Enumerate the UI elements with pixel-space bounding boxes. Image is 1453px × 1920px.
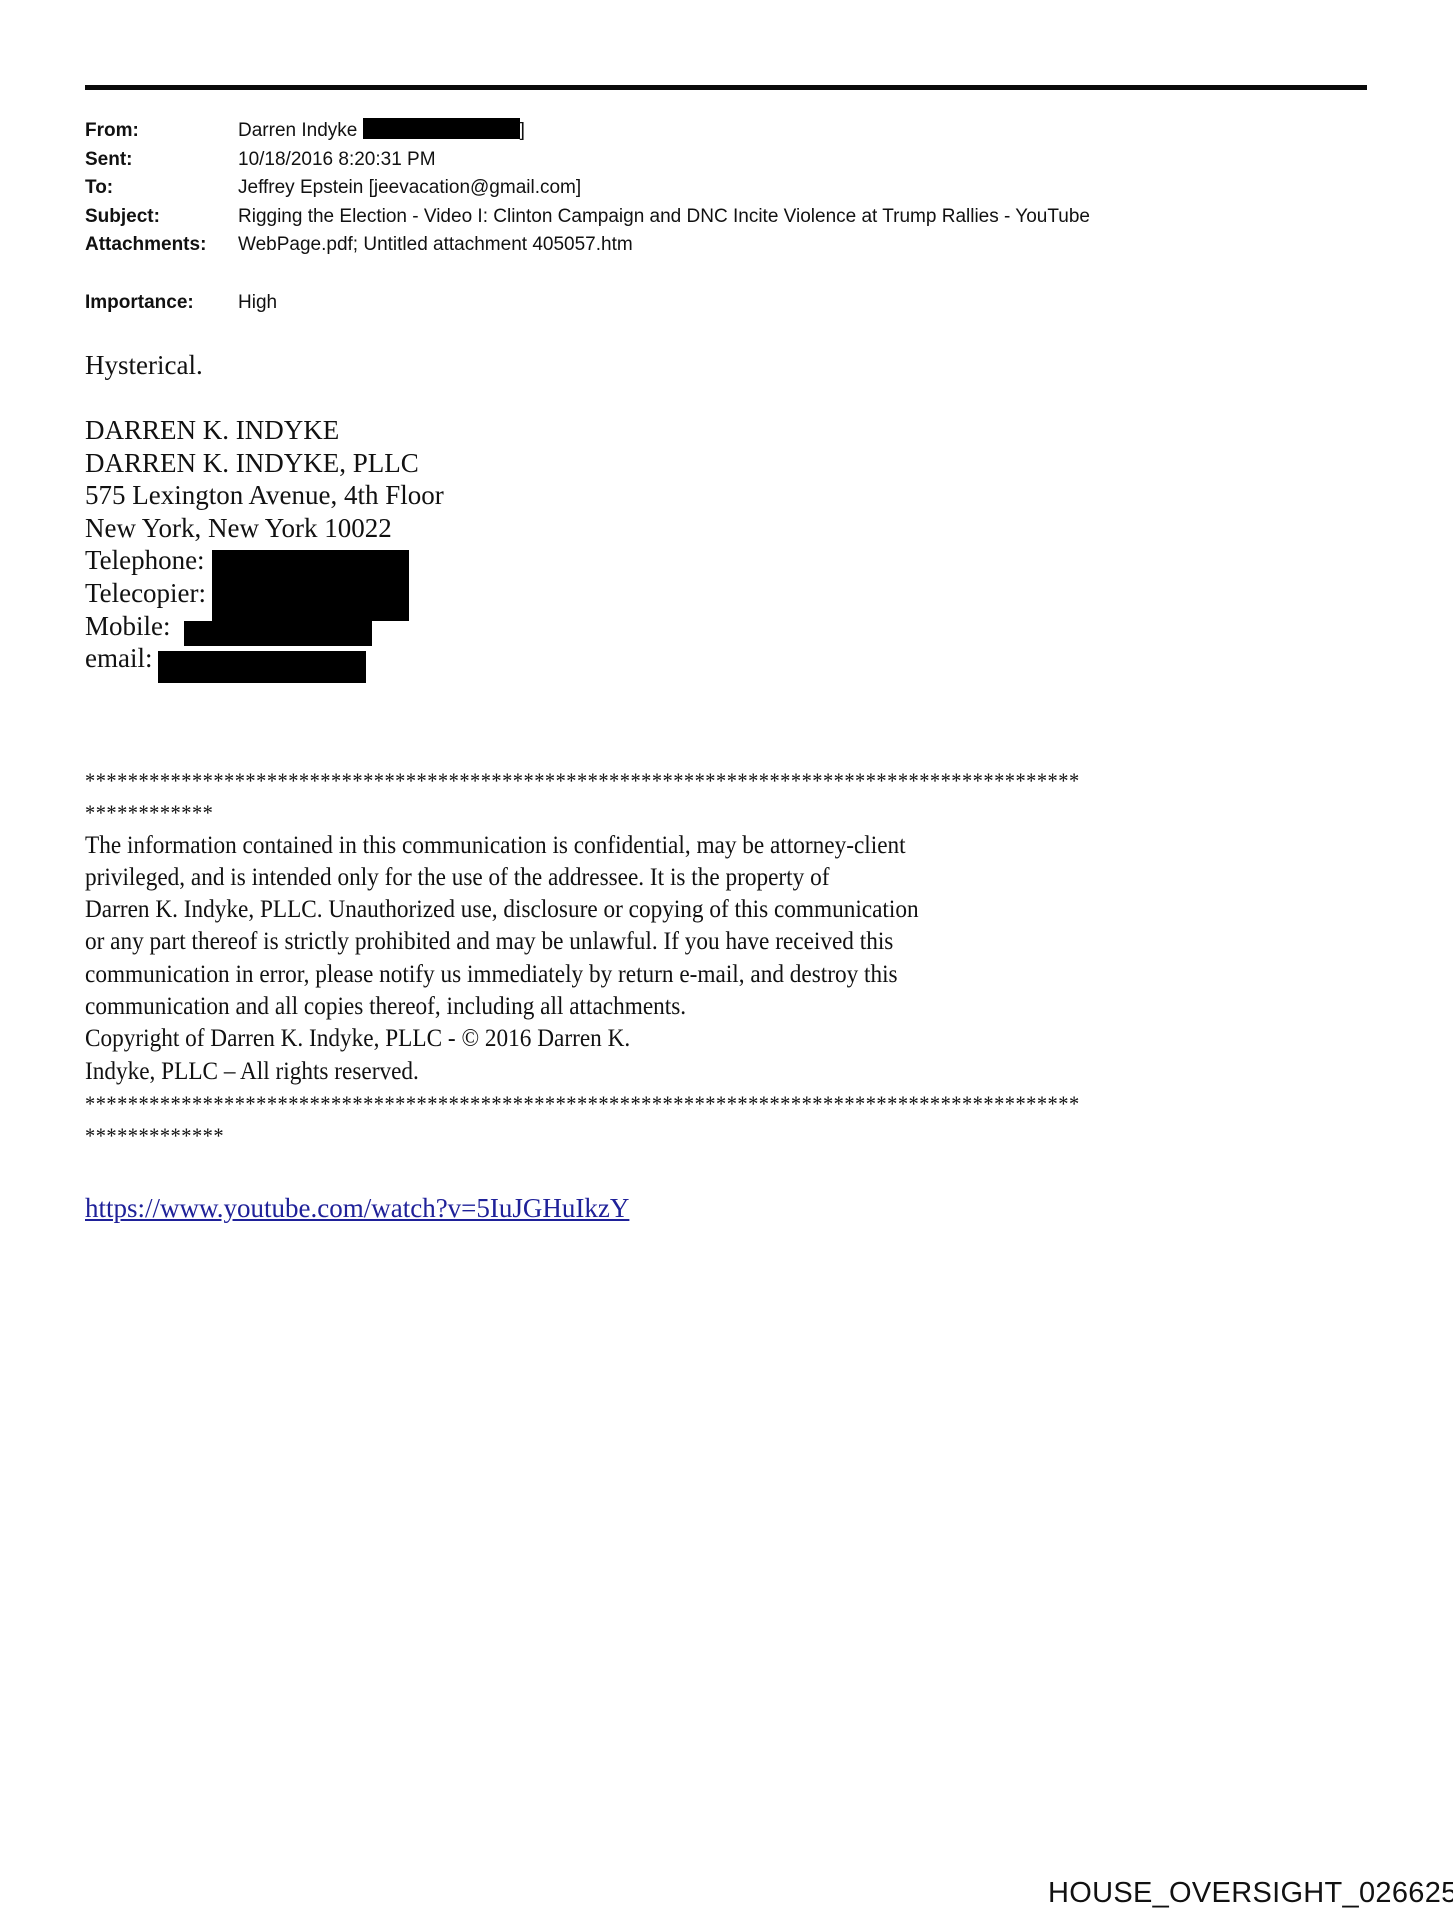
redaction-box-telephone <box>212 550 409 621</box>
email-headers: From: Darren Indyke ] Sent: 10/18/2016 8… <box>85 117 1090 318</box>
header-label: Sent: <box>85 146 238 175</box>
header-label: Subject: <box>85 203 238 232</box>
separator-stars: ****************************************… <box>85 1088 1080 1120</box>
youtube-link[interactable]: https://www.youtube.com/watch?v=5IuJGHuI… <box>85 1193 629 1224</box>
header-value: 10/18/2016 8:20:31 PM <box>238 146 436 175</box>
header-attachments: Attachments: WebPage.pdf; Untitled attac… <box>85 231 1090 260</box>
signature-line: 575 Lexington Avenue, 4th Floor <box>85 479 444 512</box>
header-subject: Subject: Rigging the Election - Video I:… <box>85 203 1090 232</box>
header-sent: Sent: 10/18/2016 8:20:31 PM <box>85 146 1090 175</box>
header-value: WebPage.pdf; Untitled attachment 405057.… <box>238 231 633 260</box>
disclaimer-line: Darren K. Indyke, PLLC. Unauthorized use… <box>85 894 1080 926</box>
header-label: To: <box>85 174 238 203</box>
signature-line: New York, New York 10022 <box>85 512 444 545</box>
disclaimer-line: The information contained in this commun… <box>85 830 1080 862</box>
disclaimer-line: communication in error, please notify us… <box>85 959 1080 991</box>
header-label: From: <box>85 117 238 146</box>
signature-line: DARREN K. INDYKE, PLLC <box>85 447 444 480</box>
separator-stars: ************ <box>85 797 1080 829</box>
confidentiality-disclaimer: ****************************************… <box>85 765 1080 1153</box>
header-value: Rigging the Election - Video I: Clinton … <box>238 203 1090 232</box>
redaction-box <box>363 118 520 139</box>
disclaimer-line: privileged, and is intended only for the… <box>85 862 1080 894</box>
disclaimer-line: Copyright of Darren K. Indyke, PLLC - © … <box>85 1023 1080 1055</box>
bates-number: HOUSE_OVERSIGHT_026625 <box>1048 1877 1453 1910</box>
bracket: ] <box>520 120 525 141</box>
disclaimer-line: or any part thereof is strictly prohibit… <box>85 926 1080 958</box>
separator-stars: ************* <box>85 1120 1080 1152</box>
header-rule <box>85 85 1367 90</box>
header-from: From: Darren Indyke ] <box>85 117 1090 146</box>
header-value: Jeffrey Epstein [jeevacation@gmail.com] <box>238 174 581 203</box>
header-to: To: Jeffrey Epstein [jeevacation@gmail.c… <box>85 174 1090 203</box>
redaction-box-email <box>158 651 366 683</box>
header-value: High <box>238 289 277 318</box>
header-label: Importance: <box>85 289 238 318</box>
header-importance: Importance: High <box>85 289 1090 318</box>
signature-line: DARREN K. INDYKE <box>85 414 444 447</box>
header-value: Darren Indyke ] <box>238 117 525 146</box>
redaction-box-mobile <box>184 621 372 646</box>
disclaimer-line: communication and all copies thereof, in… <box>85 991 1080 1023</box>
header-label: Attachments: <box>85 231 238 260</box>
sender-name: Darren Indyke <box>238 120 357 141</box>
disclaimer-line: Indyke, PLLC – All rights reserved. <box>85 1056 1080 1088</box>
separator-stars: ****************************************… <box>85 765 1080 797</box>
body-text: Hysterical. <box>85 350 203 381</box>
